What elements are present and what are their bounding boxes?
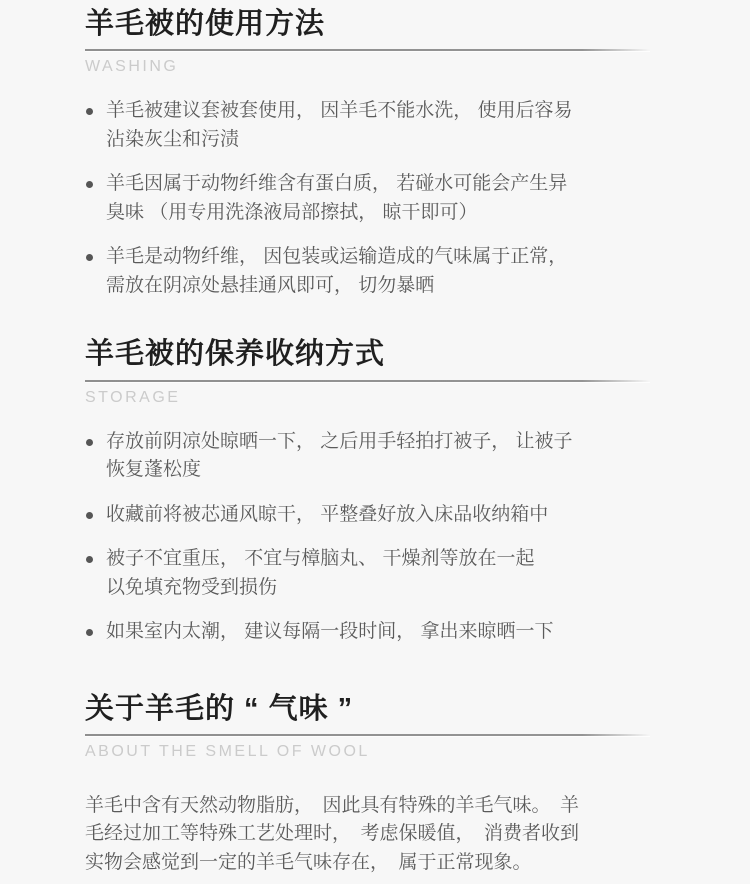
section-subtitle: WASHING xyxy=(85,56,650,77)
section-title: 关于羊毛的 “ 气味 ” xyxy=(85,691,650,727)
section-divider xyxy=(85,734,650,736)
list-item: 羊毛是动物纤维， 因包装或运输造成的气味属于正常， 需放在阴凉处悬挂通风即可， … xyxy=(85,243,650,300)
section-title: 羊毛被的保养收纳方式 xyxy=(85,336,650,372)
bullet-dot xyxy=(86,512,93,519)
list-item-text: 存放前阴凉处晾晒一下， 之后用手轻拍打被子， 让被子 恢复蓬松度 xyxy=(106,431,573,481)
bullet-dot xyxy=(86,254,93,261)
section-subtitle: STORAGE xyxy=(85,387,650,408)
list-item: 羊毛被建议套被套使用， 因羊毛不能水洗， 使用后容易 沾染灰尘和污渍 xyxy=(85,97,650,154)
bullet-dot xyxy=(86,439,93,446)
bullet-dot xyxy=(86,556,93,563)
section-divider xyxy=(85,380,650,382)
list-item: 羊毛因属于动物纤维含有蛋白质， 若碰水可能会产生异 臭味 （用专用洗涤液局部擦拭… xyxy=(85,170,650,227)
list-item: 被子不宜重压， 不宜与樟脑丸、 干燥剂等放在一起 以免填充物受到损伤 xyxy=(85,545,650,602)
list-item-text: 收藏前将被芯通风晾干， 平整叠好放入床品收纳箱中 xyxy=(106,504,548,525)
section-washing: 羊毛被的使用方法 WASHING 羊毛被建议套被套使用， 因羊毛不能水洗， 使用… xyxy=(85,6,650,300)
list-item-text: 被子不宜重压， 不宜与樟脑丸、 干燥剂等放在一起 以免填充物受到损伤 xyxy=(106,548,535,598)
bullet-dot xyxy=(86,108,93,115)
list-item-text: 羊毛因属于动物纤维含有蛋白质， 若碰水可能会产生异 臭味 （用专用洗涤液局部擦拭… xyxy=(106,173,567,223)
section-subtitle: ABOUT THE SMELL OF WOOL xyxy=(85,741,650,762)
section-storage: 羊毛被的保养收纳方式 STORAGE 存放前阴凉处晾晒一下， 之后用手轻拍打被子… xyxy=(85,336,650,646)
content-area: 羊毛被的使用方法 WASHING 羊毛被建议套被套使用， 因羊毛不能水洗， 使用… xyxy=(0,0,750,877)
bullet-list: 存放前阴凉处晾晒一下， 之后用手轻拍打被子， 让被子 恢复蓬松度 收藏前将被芯通… xyxy=(85,428,650,647)
bullet-dot xyxy=(86,181,93,188)
list-item-text: 羊毛被建议套被套使用， 因羊毛不能水洗， 使用后容易 沾染灰尘和污渍 xyxy=(106,100,573,150)
bullet-list: 羊毛被建议套被套使用， 因羊毛不能水洗， 使用后容易 沾染灰尘和污渍 羊毛因属于… xyxy=(85,97,650,300)
section-smell: 关于羊毛的 “ 气味 ” ABOUT THE SMELL OF WOOL 羊毛中… xyxy=(85,691,650,878)
product-detail-page: { "page": { "background_color": "#f7f7f7… xyxy=(0,0,750,884)
bullet-dot xyxy=(86,629,93,636)
section-divider xyxy=(85,49,650,51)
list-item: 如果室内太潮， 建议每隔一段时间， 拿出来晾晒一下 xyxy=(85,618,650,647)
list-item-text: 如果室内太潮， 建议每隔一段时间， 拿出来晾晒一下 xyxy=(106,621,554,642)
list-item: 存放前阴凉处晾晒一下， 之后用手轻拍打被子， 让被子 恢复蓬松度 xyxy=(85,428,650,485)
list-item-text: 羊毛是动物纤维， 因包装或运输造成的气味属于正常， 需放在阴凉处悬挂通风即可， … xyxy=(106,246,567,296)
smell-description: 羊毛中含有天然动物脂肪， 因此具有特殊的羊毛气味。 羊 毛经过加工等特殊工艺处理… xyxy=(85,792,650,878)
list-item: 收藏前将被芯通风晾干， 平整叠好放入床品收纳箱中 xyxy=(85,501,650,530)
section-title: 羊毛被的使用方法 xyxy=(85,6,650,42)
